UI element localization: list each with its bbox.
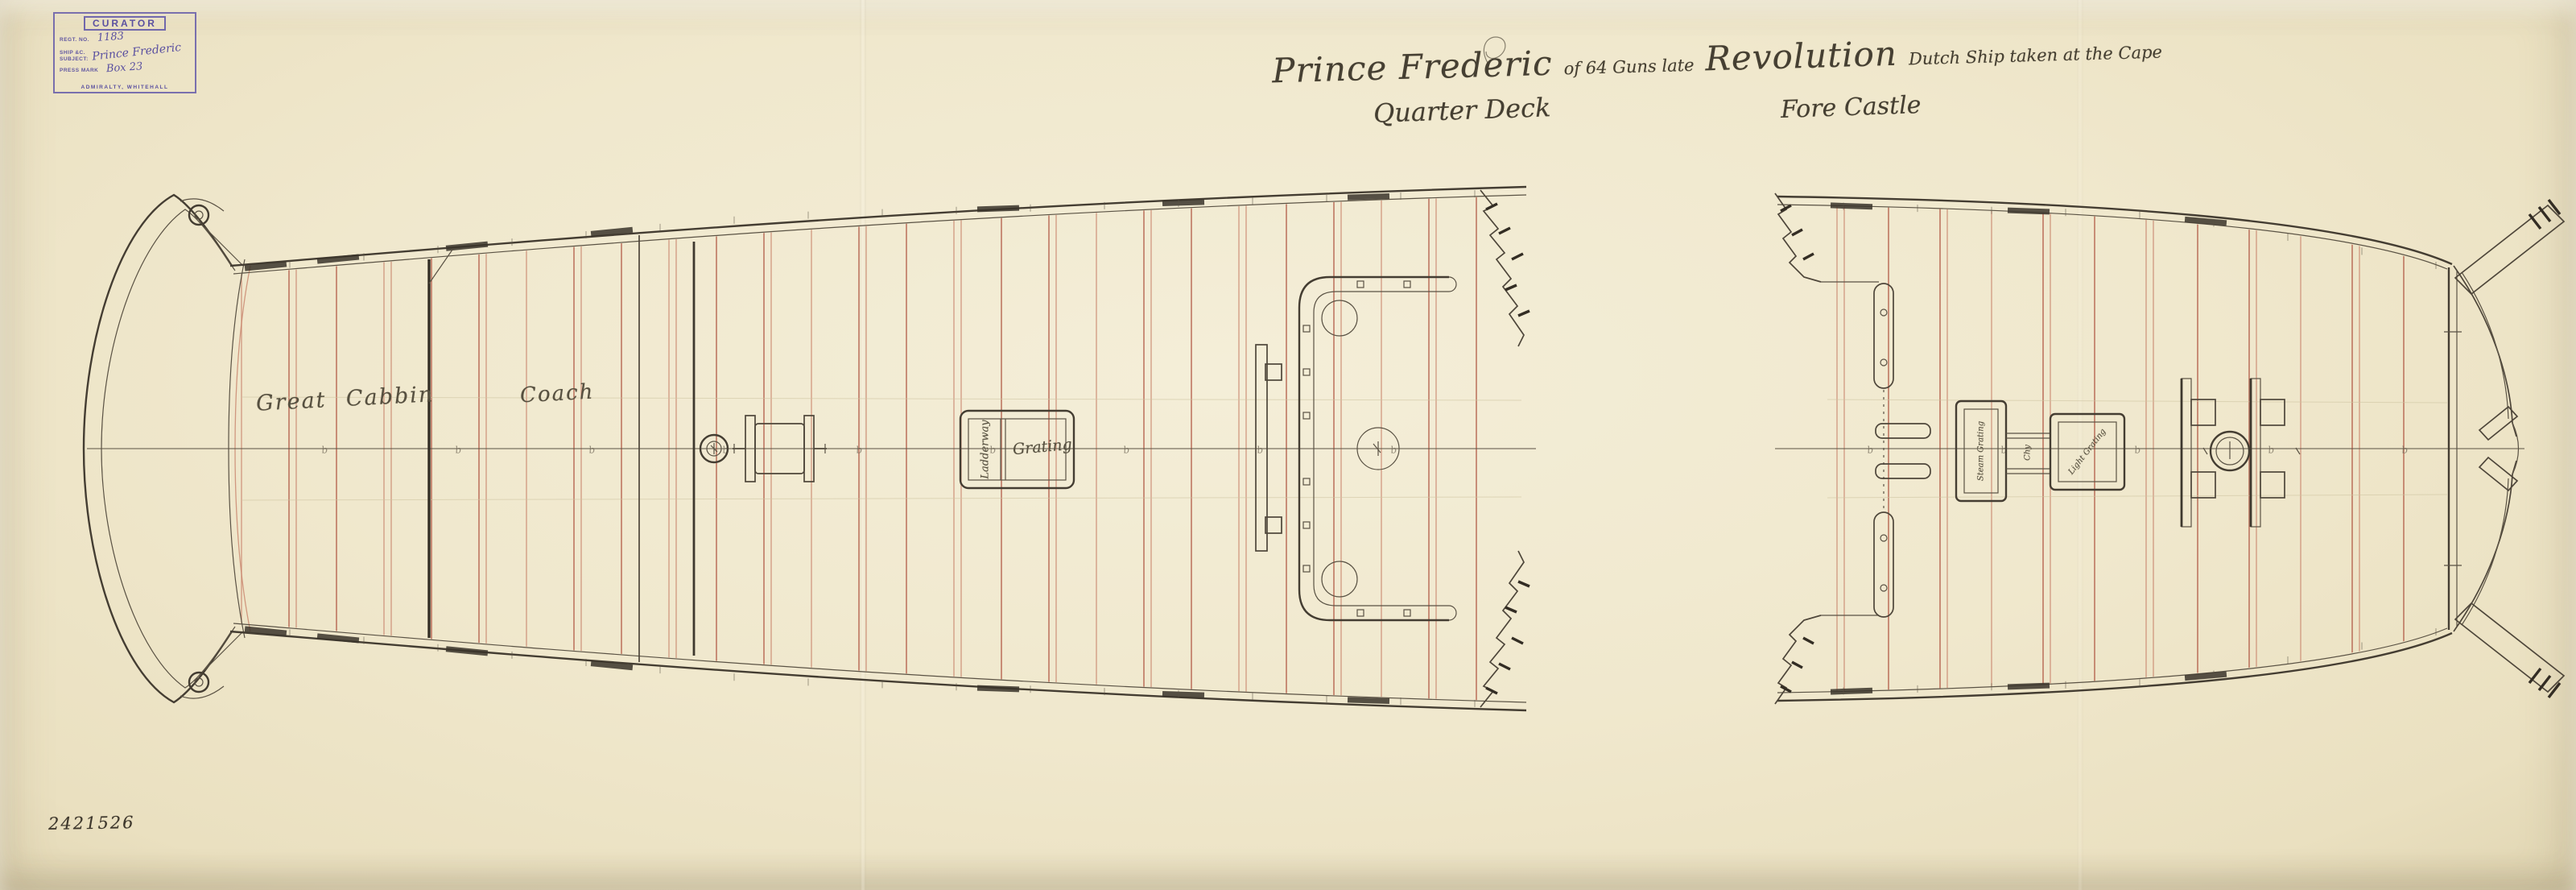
- subtitle-fore-castle: Fore Castle: [1780, 91, 1922, 124]
- scanned-ship-plan: bbbbbbbbb: [0, 0, 2576, 890]
- svg-text:b: b: [855, 444, 863, 456]
- label-steam-grating: Steam Grating: [1977, 421, 1986, 481]
- negative-number: 2421526: [48, 813, 135, 834]
- title-capture-note: Dutch Ship taken at the Cape: [1909, 43, 2163, 69]
- quarterdeck-plan: bbbbbbbbb: [84, 181, 1536, 717]
- svg-text:b: b: [320, 444, 328, 456]
- stamp-row-press-mark: Press Mark Box 23: [60, 64, 190, 75]
- svg-text:b: b: [2267, 444, 2275, 456]
- centerline-station-marks: bbbbbbbbb: [320, 444, 1397, 456]
- svg-text:b: b: [2133, 444, 2141, 456]
- svg-text:b: b: [1122, 444, 1130, 456]
- subtitle-quarter-deck: Quarter Deck: [1373, 92, 1551, 129]
- curator-stamp: CURATOR Regt. No. 1183 SHIP &c. Prince F…: [53, 12, 196, 93]
- svg-text:b: b: [2401, 444, 2409, 456]
- title-ship-name: Prince Frederic: [1272, 43, 1554, 91]
- ladder-opening-circle: [1322, 300, 1357, 336]
- forecastle-plan: bbbbb: [1775, 185, 2564, 709]
- cathead-top: [2455, 200, 2564, 294]
- svg-text:b: b: [588, 444, 596, 456]
- title-former-name: Revolution: [1705, 34, 1898, 79]
- cathead-bottom: [2455, 603, 2564, 698]
- deck-plan-drawing: bbbbbbbbb: [0, 0, 2576, 890]
- curator-stamp-header: CURATOR: [84, 16, 166, 31]
- label-chimney: Chy: [2024, 445, 2033, 461]
- svg-text:b: b: [1256, 444, 1264, 456]
- title-guns: of 64 Guns late: [1563, 56, 1694, 79]
- label-ladderway: Ladderway: [980, 420, 992, 478]
- stamp-footer: ADMIRALTY, WHITEHALL: [81, 85, 169, 90]
- svg-text:b: b: [1866, 444, 1874, 456]
- label-coach: Coach: [519, 380, 595, 408]
- side-hatch-slots: [1874, 284, 1930, 617]
- svg-text:b: b: [1389, 444, 1397, 456]
- ladder-opening-circle: [1322, 561, 1357, 597]
- svg-text:b: b: [454, 444, 462, 456]
- deck-beam-lines: [1837, 185, 2404, 709]
- stamp-row-ship: SHIP &c. Prince Frederic: [60, 45, 190, 57]
